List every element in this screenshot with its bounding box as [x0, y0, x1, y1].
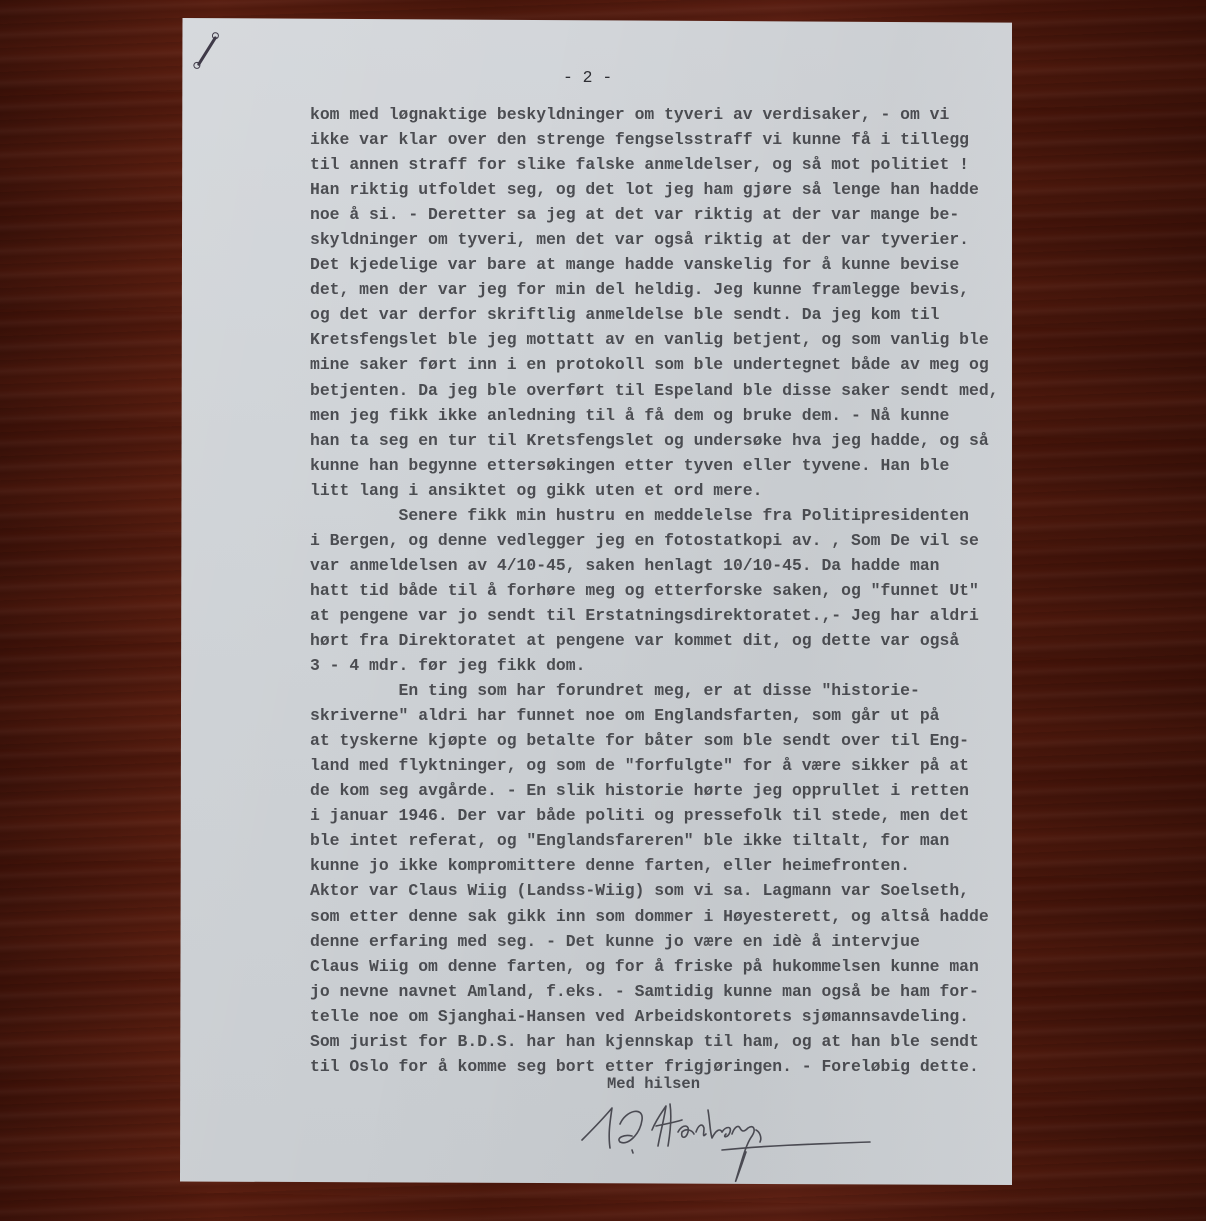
text-line: ble intet referat, og "Englandsfareren" … — [310, 828, 999, 853]
text-line: skriverne" aldri har funnet noe om Engla… — [310, 703, 999, 728]
text-line: betjenten. Da jeg ble overført til Espel… — [310, 378, 999, 403]
text-line: i Bergen, og denne vedlegger jeg en foto… — [310, 528, 999, 553]
text-line: Aktor var Claus Wiig (Landss-Wiig) som v… — [310, 878, 999, 903]
text-line: hørt fra Direktoratet at pengene var kom… — [310, 628, 999, 653]
text-line: kunne han begynne ettersøkingen etter ty… — [310, 453, 999, 478]
text-line: denne erfaring med seg. - Det kunne jo v… — [310, 929, 999, 954]
text-line: i januar 1946. Der var både politi og pr… — [310, 803, 999, 828]
text-line: 3 - 4 mdr. før jeg fikk dom. — [310, 653, 999, 678]
text-line: Kretsfengslet ble jeg mottatt av en vanl… — [310, 327, 999, 352]
text-line: at tyskerne kjøpte og betalte for båter … — [310, 728, 999, 753]
text-line: skyldninger om tyveri, men det var også … — [310, 227, 999, 252]
text-line: til annen straff for slike falske anmeld… — [310, 152, 999, 177]
letter-body: kom med løgnaktige beskyldninger om tyve… — [310, 102, 999, 1079]
text-line: noe å si. - Deretter sa jeg at det var r… — [310, 202, 999, 227]
page-number: - 2 - — [563, 68, 612, 87]
text-line: kunne jo ikke kompromittere denne farten… — [310, 853, 999, 878]
text-line: men jeg fikk ikke anledning til å få dem… — [310, 403, 999, 428]
text-line: Senere fikk min hustru en meddelelse fra… — [310, 503, 999, 528]
handwritten-signature: I. J. Harberg — [570, 1090, 890, 1190]
text-line: En ting som har forundret meg, er at dis… — [310, 678, 999, 703]
text-line: ikke var klar over den strenge fengselss… — [310, 127, 999, 152]
text-line: telle noe om Sjanghai-Hansen ved Arbeids… — [310, 1004, 999, 1029]
text-line: og det var derfor skriftlig anmeldelse b… — [310, 302, 999, 327]
text-line: som etter denne sak gikk inn som dommer … — [310, 904, 999, 929]
text-line: at pengene var jo sendt til Erstatningsd… — [310, 603, 999, 628]
text-line: jo nevne navnet Amland, f.eks. - Samtidi… — [310, 979, 999, 1004]
text-line: Som jurist for B.D.S. har han kjennskap … — [310, 1029, 999, 1054]
text-line: Claus Wiig om denne farten, og for å fri… — [310, 954, 999, 979]
text-line: var anmeldelsen av 4/10-45, saken henlag… — [310, 553, 999, 578]
text-line: han ta seg en tur til Kretsfengslet og u… — [310, 428, 999, 453]
text-line: hatt tid både til å forhøre meg og etter… — [310, 578, 999, 603]
text-line: land med flyktninger, og som de "forfulg… — [310, 753, 999, 778]
text-line: de kom seg avgårde. - En slik historie h… — [310, 778, 999, 803]
text-line: det, men der var jeg for min del heldig.… — [310, 277, 999, 302]
text-line: litt lang i ansiktet og gikk uten et ord… — [310, 478, 999, 503]
text-line: Det kjedelige var bare at mange hadde va… — [310, 252, 999, 277]
text-line: kom med løgnaktige beskyldninger om tyve… — [310, 102, 999, 127]
text-line: mine saker ført inn i en protokoll som b… — [310, 352, 999, 377]
text-line: Han riktig utfoldet seg, og det lot jeg … — [310, 177, 999, 202]
